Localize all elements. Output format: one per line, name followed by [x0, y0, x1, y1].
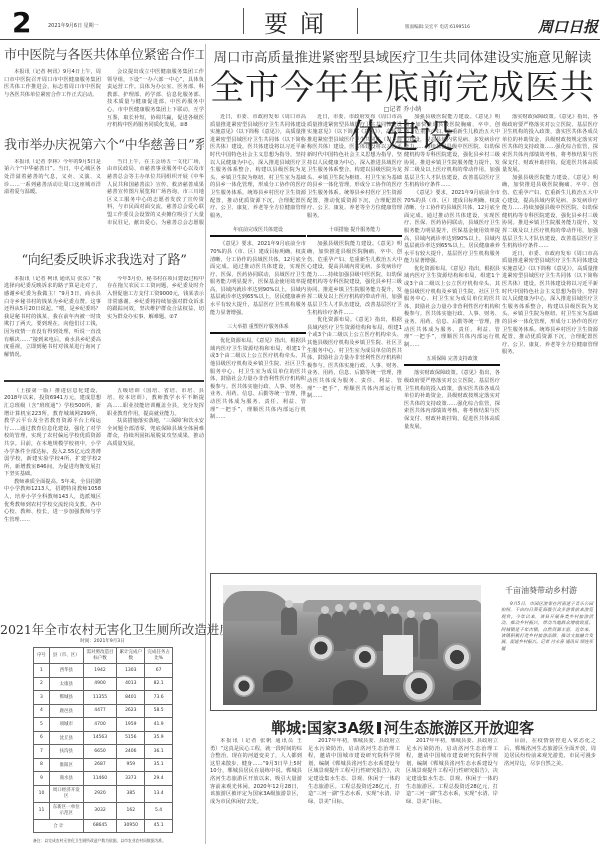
table-cell: 35.1: [145, 758, 173, 772]
table-row: 11东新区一单位示范区30321625.4: [34, 802, 173, 819]
table-row: 2太康县4900401382.1: [34, 677, 173, 691]
table-row: 10周口经济开发区292038513.4: [34, 785, 173, 802]
table-cell: 10: [34, 785, 50, 802]
table-cell: 项城市: [49, 718, 83, 732]
table-cell: 3: [34, 691, 50, 705]
article-text: 落实财政保障政策。《意见》指出，各级政府要严格落实对公立医院、基层医疗卫生机构的…: [502, 114, 598, 175]
table-cell: 58.5: [145, 704, 173, 718]
article-body: （上接第一版）推进信息化建设，2018年以来，投资6941万元，建成思想汇总班级…: [4, 388, 204, 553]
editor-info: 版面编辑:吴宏平 电话:6199516: [405, 24, 470, 30]
table-cell: 4013: [117, 677, 145, 691]
article-body: 本报讯（记者 李林）今年的9月5日是第六个“中华慈善日”。当日，中心城区各处洋溢…: [4, 159, 204, 225]
table-cell: 36.1: [145, 745, 173, 759]
table-cell: 5156: [117, 731, 145, 745]
article-text: 2017年年初，郸城县委、县政府立足水污染防治，启动洺河生态治理工程，邀请中国城…: [406, 738, 498, 844]
photo-caption: 9月5日，市园区游客在河南迷子音乐公园拍照，千亩向日葵花海吸引众多游客前来游览观…: [501, 602, 593, 653]
section-rule: [4, 380, 204, 382]
article-text: 今年3月份，秘书村在项目建设过程中存在拖欠农民工工资问题，乡纪委及时介入督促施工…: [107, 276, 204, 372]
table-cell: 2406: [117, 745, 145, 759]
total-cell: 30950: [117, 819, 145, 833]
article-text: 近日，市委、市政府发布《周口市高质量推进紧密型县域医疗卫生共同体建设实施意见》（…: [307, 114, 402, 220]
table-cell: 11355: [83, 691, 117, 705]
table-cell: 1303: [117, 664, 145, 678]
table-cell: 7: [34, 745, 50, 759]
table-cell: 鹿邑县: [49, 704, 83, 718]
article-title: 市中医院与各医共体单位紧密合作工作启动: [4, 44, 204, 63]
table-row: 7扶沟县6650240636.1: [34, 745, 173, 759]
table-cell: 郸城县: [49, 691, 83, 705]
article-text: 《意见》要求，2021年9月底前全市70%的县（市、区）建成目标明确、权责清晰、…: [404, 190, 500, 266]
table-cell: 3373: [117, 772, 145, 786]
article-text: 目前，在疫情防控进入常态化之后，郸城洺河生态旅游区全面开放，周边居民纷纷前来观光…: [504, 738, 596, 844]
article-text: 优化资源布局。《意见》指出，根据县域内医疗卫生资源结构和布局，组建1个或3个由二…: [404, 266, 500, 350]
total-cell: 68645: [83, 819, 117, 833]
table-row: 5项城市4700195941.9: [34, 718, 173, 732]
main-column-4: 落实财政保障政策。《意见》指出，各级政府要严格落实对公立医院、基层医疗卫生机构的…: [502, 114, 598, 564]
table-note: 备注：以完成农村无害化卫生厕所改造户数为依据，以市农业农村局数据为准。: [33, 838, 208, 844]
table-cell: 14563: [83, 731, 117, 745]
article-text: 五级培训（国培、省培、市培、县培、校本培训），教师教学水平不断提高……职业技能培…: [107, 388, 204, 553]
table-cell: 沈丘县: [49, 731, 83, 745]
table-cell: 6650: [83, 745, 117, 759]
photo-feature: 千亩油葵带动乡村游 9月5日，市园区游客在河南迷子音乐公园拍照，千亩向日葵花海吸…: [210, 573, 597, 711]
table-cell: 2623: [117, 704, 145, 718]
article-text: 当日上午，在主会场五一文化广场，由市民政局、市慈善事业服务中心以及市慈善总会等主…: [107, 159, 204, 225]
table-cell: 扶沟县: [49, 745, 83, 759]
article-title: “向纪委反映诉求我选对了路”: [4, 249, 204, 268]
table-row: 3郸城县11355840173.6: [34, 691, 173, 705]
table-cell: 8401: [117, 691, 145, 705]
article-text: 加强县级医院能力建设。《意见》明确，加快推进县级医院胸痛、卒中、创伤、危重孕产妇…: [502, 175, 598, 251]
article-text: 本报讯（记者 张帆 通讯员 王勇）“这真是民心工程，就一段时间的综合整治，现在的…: [210, 738, 302, 844]
table-cell: 959: [117, 758, 145, 772]
byline: □记者 乔小纳: [205, 104, 600, 113]
article-text: （上接第一版）推进信息化建设，2018年以来，投资6941万元，建成思想汇总班级…: [4, 388, 101, 553]
table-cell: 2920: [83, 785, 117, 802]
header-cell: 县（市、区）: [49, 648, 83, 664]
bottom-article-body: 本报讯（记者 张帆 通讯员 王勇）“这真是民心工程，就一段时间的综合整治，现在的…: [210, 738, 598, 844]
table-cell: 商水县: [49, 772, 83, 786]
article-text: 本报讯（记者 李林）今年的9月5日是第六个“中华慈善日”。当日，中心城区各处洋溢…: [4, 159, 101, 225]
header-cell: 序号: [34, 648, 50, 664]
header-cell: 完成任务占比%: [145, 648, 173, 664]
bottom-headline: 郸城:国家3A级河生态旅游区开放迎客: [205, 717, 600, 738]
table-cell: 西华县: [49, 664, 83, 678]
table-cell: 4: [34, 704, 50, 718]
table-cell: 73.6: [145, 691, 173, 705]
masthead: 2 2021年9月6日 星期一 要闻 版面编辑:吴宏平 电话:6199516 周…: [0, 0, 600, 40]
table-header-row: 序号 县（市、区） 需对照改造目标户数 累计完成户数 完成任务占比%: [34, 648, 173, 664]
article-text: 近日，市委、市政府发布《周口市高质量推进紧密型县域医疗卫生共同体建设实施意见》（…: [210, 114, 306, 220]
article-title: 我市举办庆祝第六个“中华慈善日”系列活动: [4, 134, 204, 153]
table-cell: 太康县: [49, 677, 83, 691]
page-date: 2021年9月6日 星期一: [48, 22, 99, 29]
main-column-1: 近日，市委、市政府发布《周口市高质量推进紧密型县域医疗卫生共同体建设实施意见》（…: [210, 114, 306, 564]
table-cell: 41.9: [145, 718, 173, 732]
table-cell: 4477: [83, 704, 117, 718]
table-cell: 4700: [83, 718, 117, 732]
article-text: 近日，市委、市政府发布《周口市高质量推进紧密型县域医疗卫生共同体建设实施意见》（…: [502, 251, 598, 357]
table-row: 4鹿邑县4477262358.5: [34, 704, 173, 718]
table-cell: 29.4: [145, 772, 173, 786]
article-text: 2017年年初，郸城县委、县政府立足水污染防治，启动洺河生态治理工程，邀请中国城…: [308, 738, 400, 844]
table-row: 9商水县11460337329.4: [34, 772, 173, 786]
table-cell: 11460: [83, 772, 117, 786]
table-cell: 2687: [83, 758, 117, 772]
table-cell: 9: [34, 772, 50, 786]
table-row: 1西华县1942130367: [34, 664, 173, 678]
article-text: 优化资源布局。《意见》指出，根据县域内医疗卫生资源结构和布局，组建1个或3个由二…: [210, 338, 306, 422]
table-cell: 35.9: [145, 731, 173, 745]
table-cell: 11: [34, 802, 50, 819]
photo-title: 千亩油葵带动乡村游: [491, 585, 591, 596]
left-column: 市中医院与各医共体单位紧密合作工作启动 本报讯（记者 柯讯）9月4日上午，周口市…: [4, 44, 204, 619]
table-cell: 4900: [83, 677, 117, 691]
table-cell: 8: [34, 758, 50, 772]
divider: [357, 8, 358, 34]
table-cell: 1: [34, 664, 50, 678]
section-heading: 年底前完成医共体建设: [210, 226, 306, 237]
article-text: 本报讯（记者 柯讯）9月4日上午，周口市中医院召开周口市中医健康服务集团医共体工…: [4, 69, 101, 130]
table-cell: 162: [117, 802, 145, 819]
main-column-2: 近日，市委、市政府发布《周口市高质量推进紧密型县域医疗卫生共同体建设实施意见》（…: [307, 114, 402, 564]
table-row: 8淮阳区268795935.1: [34, 758, 173, 772]
header-cell: 累计完成户数: [117, 648, 145, 664]
article-text: 加强县级医院能力建设。《意见》明确，加快推进县级医院胸痛、卒中、创伤、危重孕产妇…: [307, 241, 402, 317]
table-cell: 周口经济开发区: [49, 785, 83, 802]
article-text: 《意见》要求，2021年9月底前全市70%的县（市、区）建成目标明确、权责清晰、…: [210, 241, 306, 317]
table-cell: 67: [145, 664, 173, 678]
article-body: 本报讯（记者 柯讯）9月4日上午，周口市中医院召开周口市中医健康服务集团医共体工…: [4, 69, 204, 130]
table-cell: 5.4: [145, 802, 173, 819]
main-column-3: 加强县级医院能力建设。《意见》明确，加快推进县级医院胸痛、卒中、创伤、危重孕产妇…: [404, 114, 500, 564]
sunflower-dance-photo: [223, 585, 481, 705]
divider: [243, 8, 244, 34]
table-cell: 2: [34, 677, 50, 691]
progress-table: 序号 县（市、区） 需对照改造目标户数 累计完成户数 完成任务占比% 1西华县1…: [33, 647, 173, 833]
header-cell: 需对照改造目标户数: [83, 648, 117, 664]
article-text: 会议提出成立中医健康服务集团工作领导组，下设“一办六部一中心”，具体负责运营工作…: [107, 69, 204, 130]
table-cell: 13.4: [145, 785, 173, 802]
section-heading: 五项保障 完善支持政策: [404, 355, 500, 366]
article-text: 落实财政保障政策。《意见》指出，各级政府要严格落实对公立医院、基层医疗卫生机构的…: [404, 370, 500, 431]
page-number: 2: [12, 6, 31, 39]
table-time: 时间：2021年9月3日: [0, 638, 205, 644]
total-label: 合 计: [34, 819, 84, 833]
table-row: 6沈丘县14563515635.9: [34, 731, 173, 745]
table-cell: 1942: [83, 664, 117, 678]
table-cell: 6: [34, 731, 50, 745]
section-heading: 十项措施 提升服务能力: [307, 226, 402, 237]
table-cell: 5: [34, 718, 50, 732]
total-cell: 45.1: [145, 819, 173, 833]
article-text: 优化资源布局。《意见》指出，根据县域内医疗卫生资源结构和布局，组建1个或3个由二…: [307, 317, 402, 401]
article-body: 本报讯（记者 柯讯 通讯员 张东）“我选择向纪委反映诉求的路子算是走对了，感谢乡…: [4, 276, 204, 372]
article-text: 加强县级医院能力建设。《意见》明确，加快推进县级医院胸痛、卒中、创伤、危重孕产妇…: [404, 114, 500, 190]
table-cell: 3032: [83, 802, 117, 819]
section-label: 要闻: [250, 4, 350, 39]
table-total-row: 合 计 68645 30950 45.1: [34, 819, 173, 833]
table-cell: 东新区一单位示范区: [49, 802, 83, 819]
article-text: 本报讯（记者 柯讯 通讯员 张东）“我选择向纪委反映诉求的路子算是走对了，感谢乡…: [4, 276, 101, 372]
section-heading: 三大举措 重塑医疗服务体系: [210, 323, 306, 334]
paper-logo: 周口日报: [538, 16, 598, 37]
table-cell: 1959: [117, 718, 145, 732]
table-cell: 淮阳区: [49, 758, 83, 772]
table-title: 2021年全市农村无害化卫生厕所改造进度表: [0, 620, 205, 638]
table-cell: 385: [117, 785, 145, 802]
table-cell: 82.1: [145, 677, 173, 691]
